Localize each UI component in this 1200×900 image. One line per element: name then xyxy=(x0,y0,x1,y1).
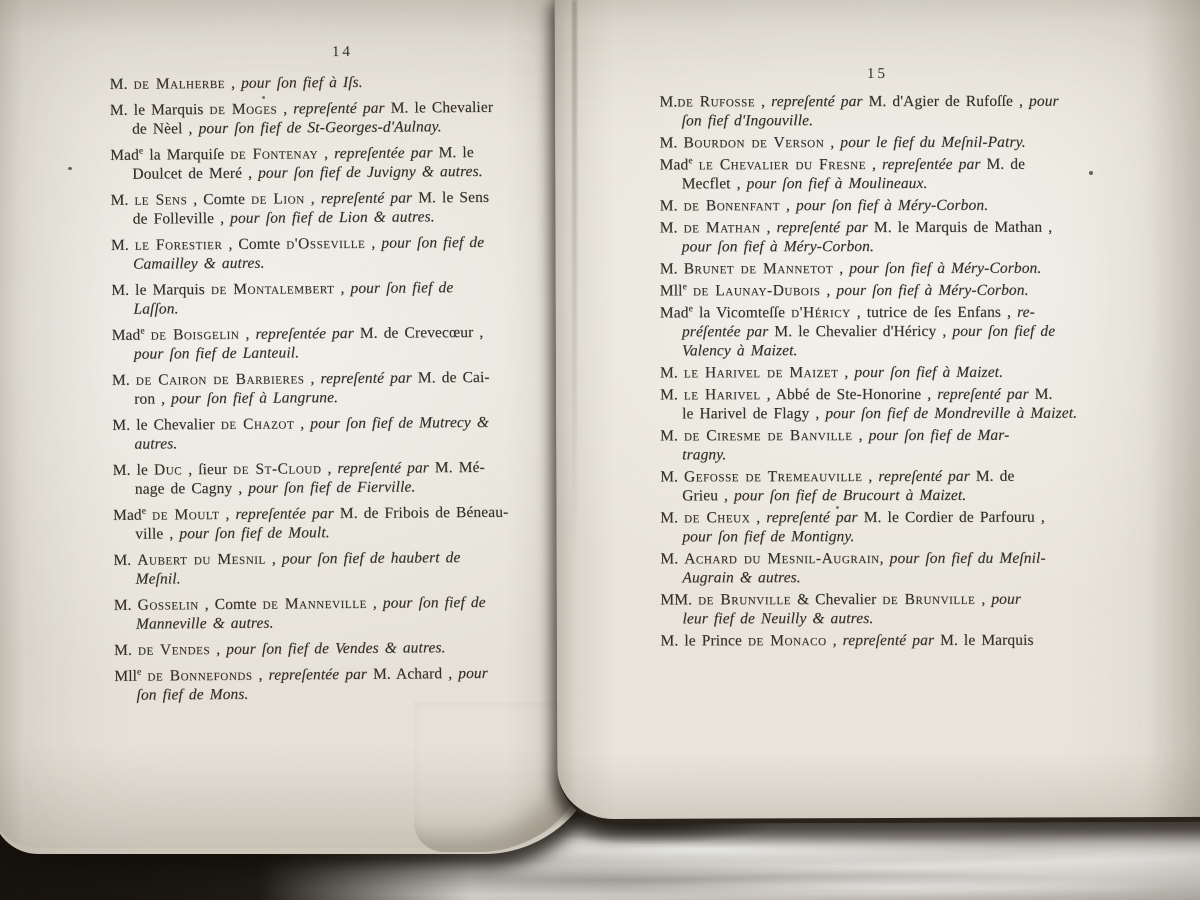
book-photo: 14 M. de Malherbe , pour ſon fief à Iſs.… xyxy=(0,0,1200,900)
entry: M. Gefosse de Tremeauville , repreſenté … xyxy=(660,467,1096,506)
paper-speck xyxy=(68,167,72,170)
entry: M.de Rufosse , repreſenté par M. d'Agier… xyxy=(660,92,1096,131)
entry: M. de Cairon de Barbieres , repreſenté p… xyxy=(112,367,578,409)
entry: M. Gosselin , Comte de Manneville , pour… xyxy=(114,592,580,634)
entry: M. de Vendes , pour ſon fief de Vendes &… xyxy=(114,637,580,660)
entry: Made de Moult , repreſentée par M. de Fr… xyxy=(113,502,579,544)
entry: M. de Ciresme de Banville , pour ſon fie… xyxy=(660,426,1096,465)
entry: Made la Marquiſe de Fontenay , repreſent… xyxy=(110,142,576,184)
entry: M. Achard du Mesnil-Augrain, pour ſon fi… xyxy=(660,549,1096,588)
entry: M. le Chevalier de Chazot , pour ſon fie… xyxy=(112,412,578,454)
entry: Mlle de Launay-Dubois , pour ſon fief à … xyxy=(660,281,1096,301)
entry: M. le Harivel de Maizet , pour ſon fief … xyxy=(660,363,1096,383)
entry: M. le Marquis de Moges , repreſenté par … xyxy=(110,97,576,139)
entry: M. le Sens , Comte de Lion , repreſenté … xyxy=(111,187,577,229)
left-page-entries: M. de Malherbe , pour ſon fief à Iſs.M. … xyxy=(110,71,581,705)
entry: M. le Harivel , Abbé de Ste-Honorine , r… xyxy=(660,385,1096,424)
entry: Made la Vicomteſſe d'Héricy , tutrice de… xyxy=(660,303,1096,361)
entry: M. le Forestier , Comte d'Osseville , po… xyxy=(111,232,577,274)
page-number-left: 14 xyxy=(109,42,575,63)
entry: M. de Bonenfant , pour ſon fief à Méry-C… xyxy=(660,196,1096,216)
entry: M. de Cheux , repreſenté par M. le Cordi… xyxy=(660,508,1096,547)
entry: Made le Chevalier du Fresne , repreſenté… xyxy=(660,155,1096,194)
page-number-right: 15 xyxy=(659,66,1095,84)
paper-speck xyxy=(262,96,265,99)
cloth-wrinkle-highlight xyxy=(620,876,1180,898)
entry: M. Brunet de Mannetot , pour ſon fief à … xyxy=(660,259,1096,279)
entry: M. Aubert du Mesnil , pour ſon fief de h… xyxy=(113,547,579,589)
entry: Mlle de Bonnefonds , repreſentée par M. … xyxy=(114,663,580,705)
entry: MM. de Brunville & Chevalier de Brunvill… xyxy=(660,590,1096,629)
right-page-entries: M.de Rufosse , repreſenté par M. d'Agier… xyxy=(660,92,1097,651)
paper-speck xyxy=(836,506,839,509)
entry: M. Bourdon de Verson , pour le fief du M… xyxy=(660,133,1096,153)
entry: M. le Duc , ſieur de St-Cloud , repreſen… xyxy=(113,457,579,499)
right-page-text: 15 M.de Rufosse , repreſenté par M. d'Ag… xyxy=(659,66,1096,654)
entry: M. de Malherbe , pour ſon fief à Iſs. xyxy=(110,71,576,94)
entry: M. le Prince de Monaco , repreſenté par … xyxy=(660,631,1096,651)
entry: M. le Marquis de Montalembert , pour ſon… xyxy=(111,277,577,319)
entry: M. de Mathan , repreſenté par M. le Marq… xyxy=(660,218,1096,257)
entry: Made de Boisgelin , repreſentée par M. d… xyxy=(112,322,578,364)
paper-speck xyxy=(1089,171,1093,175)
left-page-text: 14 M. de Malherbe , pour ſon fief à Iſs.… xyxy=(109,42,580,712)
